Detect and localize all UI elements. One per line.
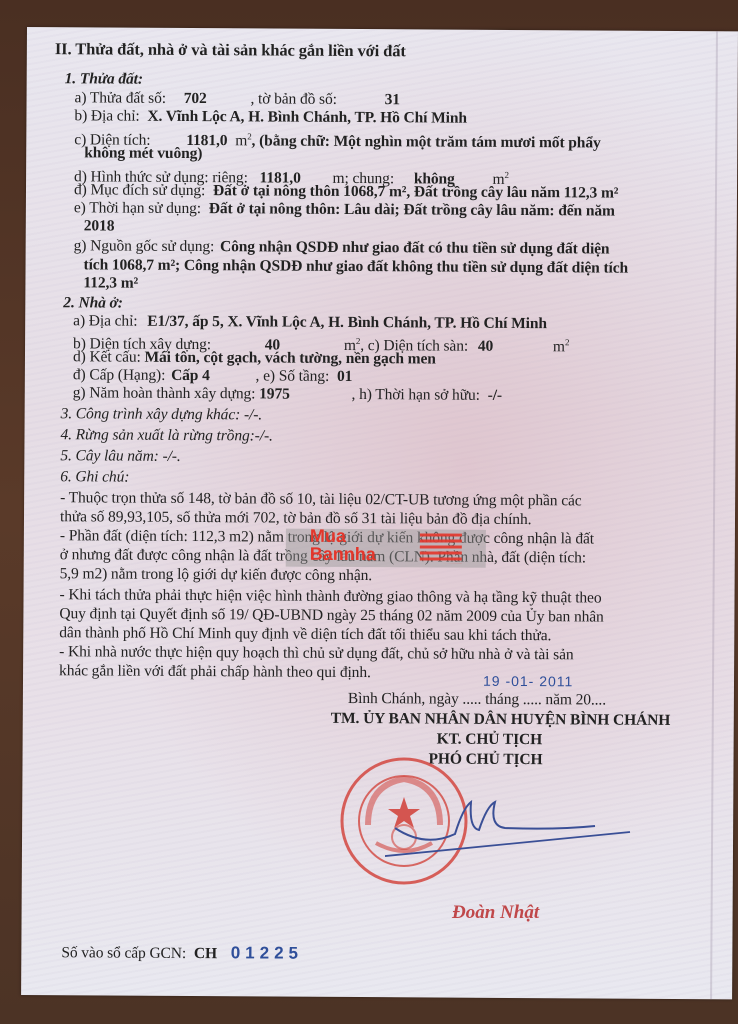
land-heading: 1. Thửa đất: xyxy=(65,69,143,89)
authority: TM. ỦY BAN NHÂN DÂN HUYỆN BÌNH CHÁNH xyxy=(331,709,671,731)
structure-label: d) Kết cấu: xyxy=(73,348,141,365)
page-fold xyxy=(710,31,718,999)
parcel-label: a) Thửa đất số: xyxy=(75,89,167,107)
map-sheet-label: , tờ bản đồ số: xyxy=(250,90,336,108)
year-label: g) Năm hoàn thành xây dựng: xyxy=(73,384,256,402)
origin-cont-2: 112,3 m² xyxy=(83,273,138,293)
purpose-label: đ) Mục đích sử dụng: xyxy=(74,181,205,199)
signature-icon xyxy=(385,788,645,868)
term-row: e) Thời hạn sử dụng: Đất ở tại nông thôn… xyxy=(74,198,615,221)
ownership-term: -/- xyxy=(488,387,502,404)
registry-label: Số vào sổ cấp GCN: xyxy=(61,944,186,962)
land-address-label: b) Địa chỉ: xyxy=(74,107,139,124)
structure: Mái tôn, cột gạch, vách tường, nền gạch … xyxy=(144,349,435,368)
grade: Cấp 4 xyxy=(171,367,210,384)
floors-label: , e) Số tầng: xyxy=(256,367,330,384)
forest: 4. Rừng sản xuất là rừng trồng:-/-. xyxy=(60,425,272,446)
year: 1975 xyxy=(259,385,290,402)
origin-cont-1: tích 1068,7 m²; Công nhận QSDĐ như giao … xyxy=(83,255,628,278)
floors: 01 xyxy=(337,368,352,385)
land-address: X. Vĩnh Lộc A, H. Bình Chánh, TP. Hồ Chí… xyxy=(147,108,467,127)
floor-area: 40 xyxy=(478,338,493,355)
land-area-words-cont: không mét vuông) xyxy=(84,143,202,164)
map-sheet-number: 31 xyxy=(385,91,400,108)
watermark-text: Mua Bannha xyxy=(310,527,376,563)
watermark-logo-icon xyxy=(420,533,462,563)
house-address-label: a) Địa chỉ: xyxy=(73,312,137,329)
place-date: Bình Chánh, ngày ..... tháng ..... năm 2… xyxy=(348,689,606,711)
registry-number: 01225 xyxy=(231,943,303,962)
land-area-words: , (bằng chữ: Một nghìn một trăm tám mươi… xyxy=(252,132,601,151)
signer-title-1: KT. CHỦ TỊCH xyxy=(437,730,543,751)
parcel-number: 702 xyxy=(184,90,207,107)
grade-label: đ) Cấp (Hạng): xyxy=(73,366,166,384)
perennial: 5. Cây lâu năm: -/-. xyxy=(60,446,180,467)
registry-row: Số vào sổ cấp GCN: CH 01225 xyxy=(61,942,303,964)
section-title: II. Thửa đất, nhà ở và tài sản khác gắn … xyxy=(55,39,406,61)
origin-label: g) Nguồn gốc sử dụng: xyxy=(74,237,215,255)
note-line: 5,9 m2) nằm trong lộ giới dự kiến được c… xyxy=(60,564,373,586)
note-line: khác gắn liền với đất phải chấp hành the… xyxy=(59,661,371,683)
origin: Công nhận QSDĐ như giao đất có thu tiền … xyxy=(220,238,610,257)
other-works: 3. Công trình xây dựng khác: -/-. xyxy=(61,404,263,425)
year-row: g) Năm hoàn thành xây dựng: 1975 , h) Th… xyxy=(73,383,502,406)
signer-name: Đoàn Nhật xyxy=(452,902,539,924)
term-cont: 2018 xyxy=(84,216,115,236)
registry-prefix: CH xyxy=(194,945,217,962)
date-stamp: 19 -01- 2011 xyxy=(483,671,573,692)
term: Đất ở tại nông thôn: Lâu dài; Đất trồng … xyxy=(209,200,615,219)
land-area-unit: m2 xyxy=(235,132,251,149)
watermark: Mua Bannha xyxy=(286,529,486,568)
notes-heading: 6. Ghi chú: xyxy=(60,467,129,487)
term-label: e) Thời hạn sử dụng: xyxy=(74,199,201,217)
floor-area-unit: m2 xyxy=(553,338,569,355)
ownership-term-label: , h) Thời hạn sở hữu: xyxy=(352,386,480,404)
